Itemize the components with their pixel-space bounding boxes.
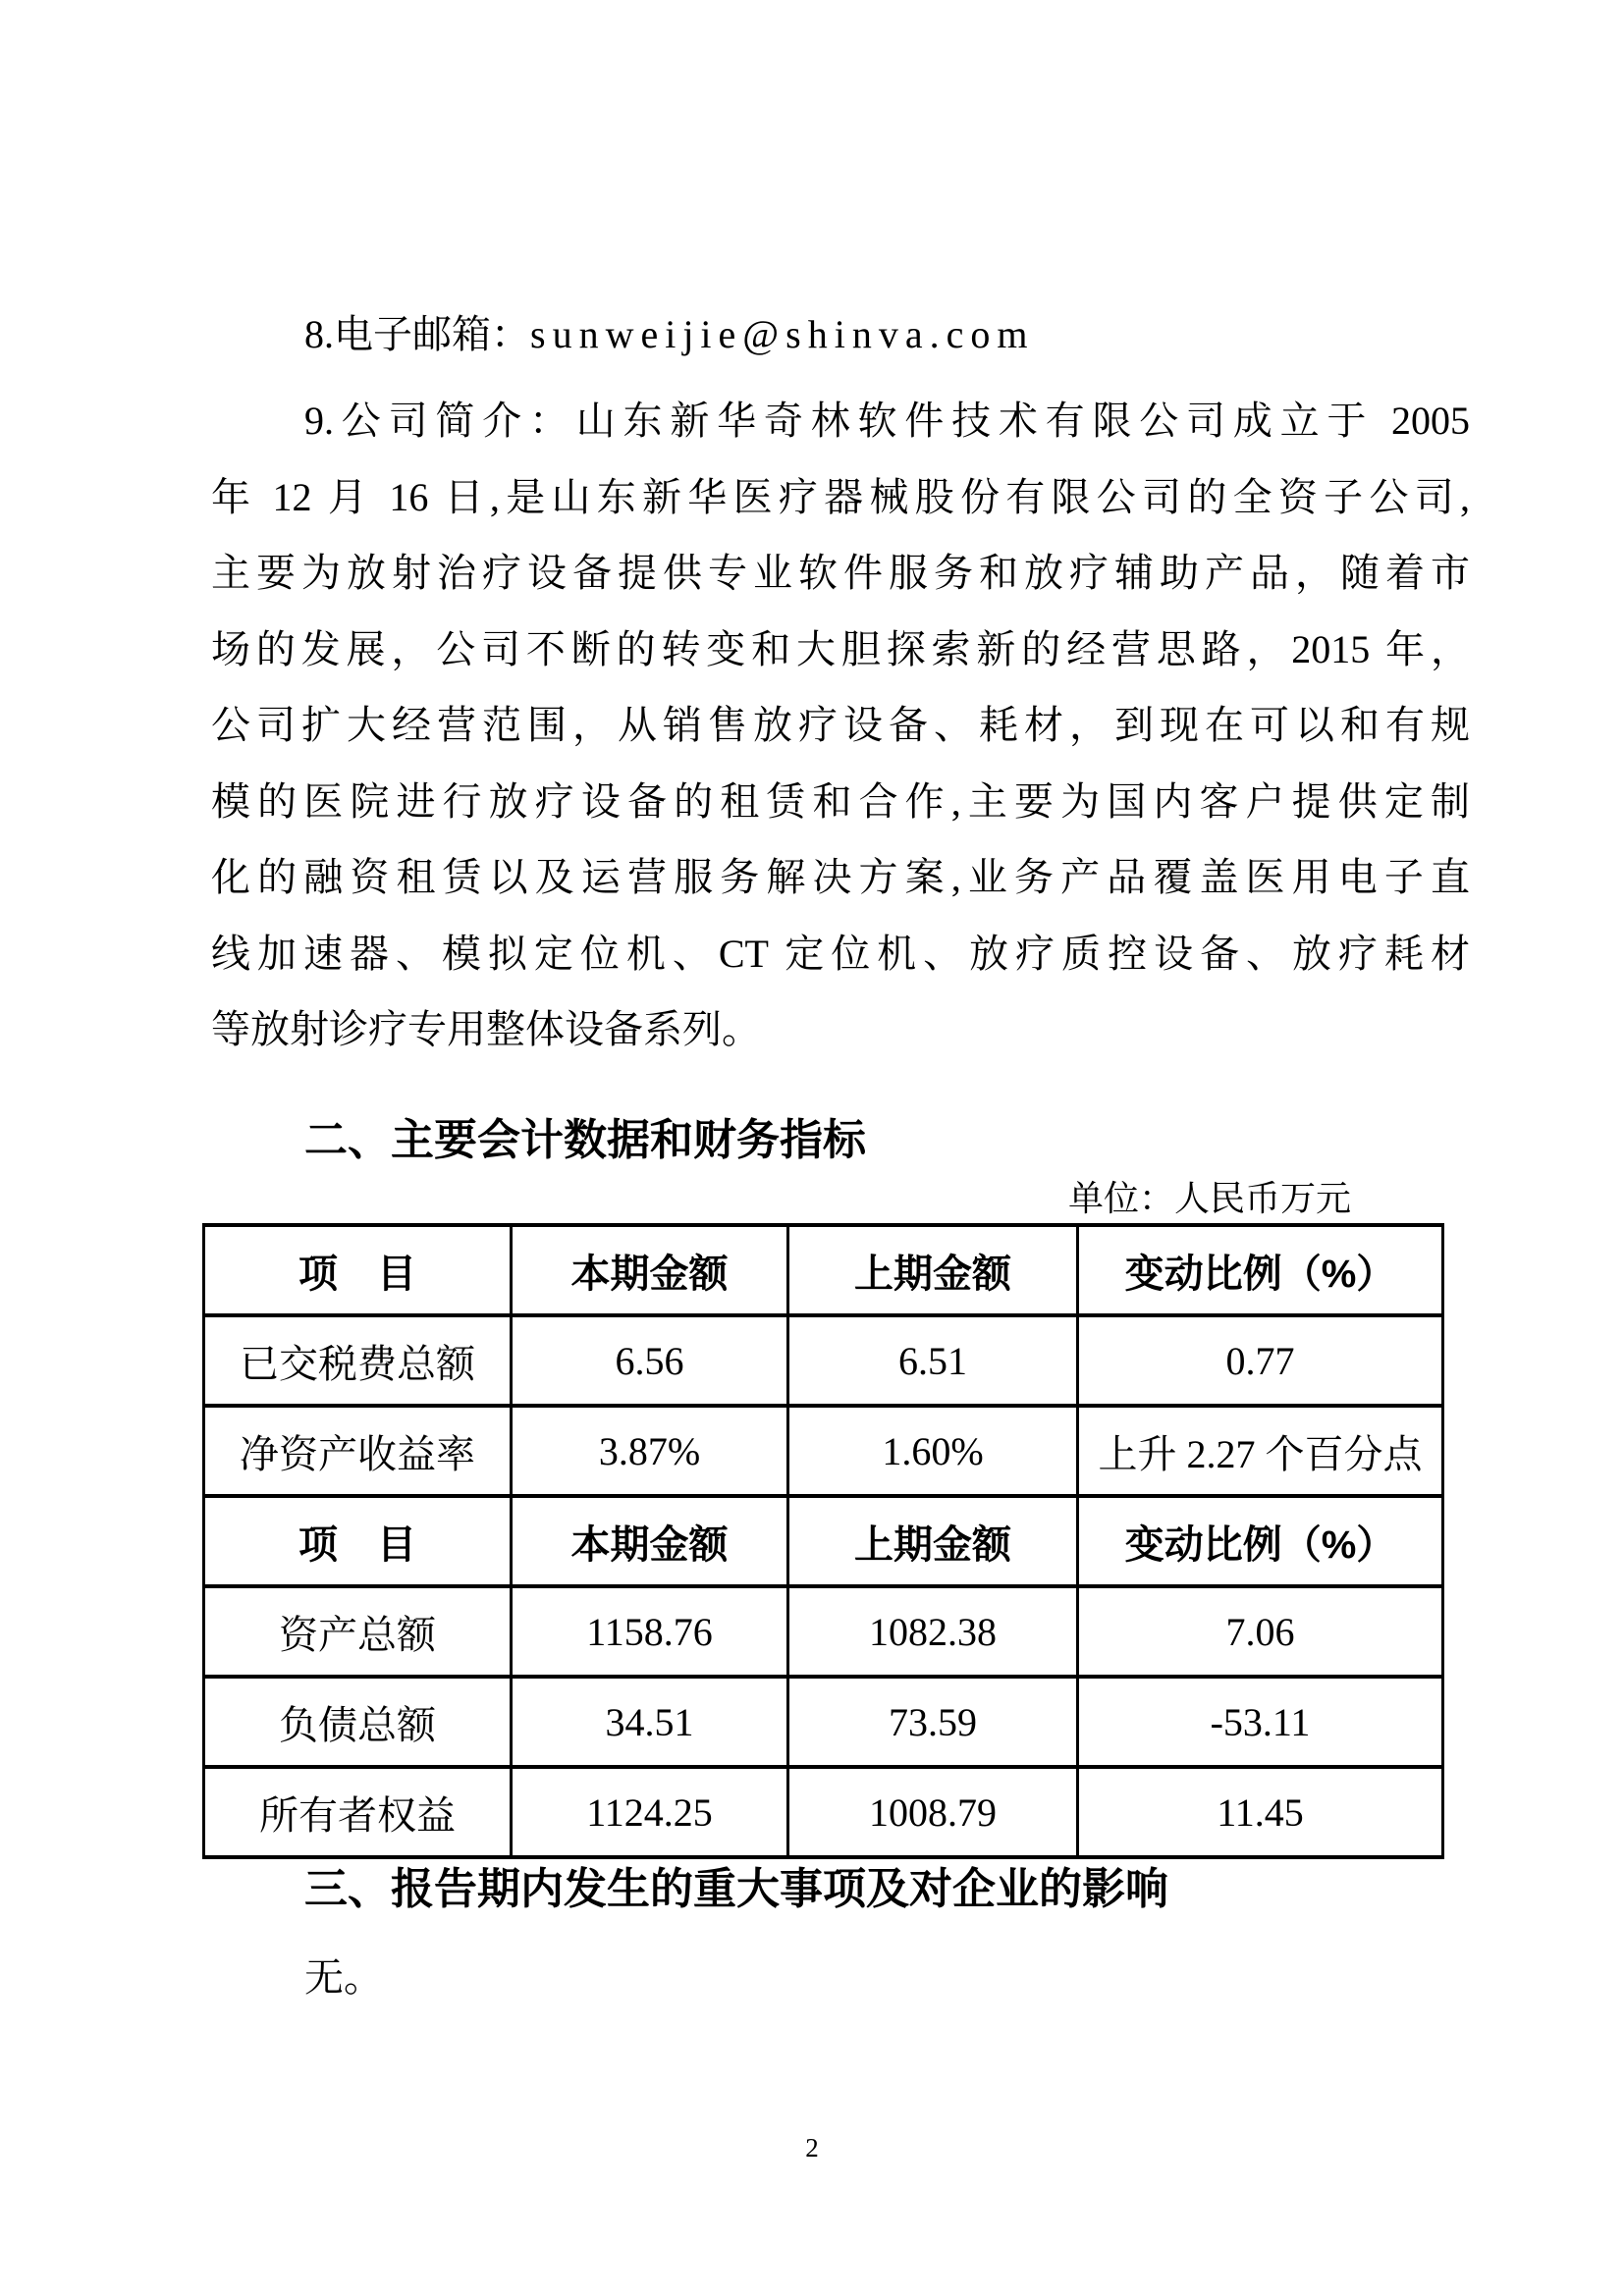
table-row: 所有者权益 1124.25 1008.79 11.45 — [204, 1767, 1443, 1857]
table-cell: 1124.25 — [512, 1767, 788, 1857]
intro-line: 等放射诊疗专用整体设备系列。 — [211, 991, 1470, 1068]
table-cell: -53.11 — [1078, 1677, 1443, 1767]
table-cell: 上升 2.27 个百分点 — [1078, 1406, 1443, 1496]
table-header-cell: 上期金额 — [788, 1225, 1078, 1315]
table-header-cell: 变动比例（%） — [1078, 1496, 1443, 1586]
table-cell: 负债总额 — [204, 1677, 512, 1767]
table-cell: 0.77 — [1078, 1315, 1443, 1406]
table-cell: 7.06 — [1078, 1586, 1443, 1677]
table-cell: 11.45 — [1078, 1767, 1443, 1857]
table-header-cell: 变动比例（%） — [1078, 1225, 1443, 1315]
table-header-cell: 上期金额 — [788, 1496, 1078, 1586]
company-intro-paragraph: 9.公司简介：山东新华奇林软件技术有限公司成立于 2005 年 12 月 16 … — [211, 383, 1470, 1068]
section-3-heading: 三、报告期内发生的重大事项及对企业的影响 — [304, 1868, 1168, 1911]
section-2-heading: 二、主要会计数据和财务指标 — [304, 1119, 866, 1162]
table-row: 资产总额 1158.76 1082.38 7.06 — [204, 1586, 1443, 1677]
intro-line: 化的融资租赁以及运营服务解决方案,业务产品覆盖医用电子直 — [211, 839, 1470, 916]
table-header-cell: 项 目 — [204, 1496, 512, 1586]
intro-line: 场的发展，公司不断的转变和大胆探索新的经营思路，2015 年， — [211, 612, 1470, 688]
intro-line: 9.公司简介：山东新华奇林软件技术有限公司成立于 2005 — [211, 383, 1470, 459]
table-header-cell: 本期金额 — [512, 1225, 788, 1315]
table-cell: 1082.38 — [788, 1586, 1078, 1677]
table-cell: 资产总额 — [204, 1586, 512, 1677]
table-cell: 6.56 — [512, 1315, 788, 1406]
financial-table: 项 目 本期金额 上期金额 变动比例（%） 已交税费总额 6.56 6.51 0… — [202, 1223, 1444, 1859]
table-row: 净资产收益率 3.87% 1.60% 上升 2.27 个百分点 — [204, 1406, 1443, 1496]
email-label: 8.电子邮箱： — [304, 312, 530, 356]
table-cell: 1.60% — [788, 1406, 1078, 1496]
table-cell: 1008.79 — [788, 1767, 1078, 1857]
table-cell: 已交税费总额 — [204, 1315, 512, 1406]
table-row: 已交税费总额 6.56 6.51 0.77 — [204, 1315, 1443, 1406]
email-address: sunweijie@shinva.com — [530, 312, 1034, 356]
unit-note: 单位：人民币万元 — [1068, 1180, 1351, 1219]
table-header-row: 项 目 本期金额 上期金额 变动比例（%） — [204, 1496, 1443, 1586]
intro-line: 公司扩大经营范围，从销售放疗设备、耗材，到现在可以和有规 — [211, 687, 1470, 764]
table-cell: 73.59 — [788, 1677, 1078, 1767]
table-cell: 1158.76 — [512, 1586, 788, 1677]
table-row: 负债总额 34.51 73.59 -53.11 — [204, 1677, 1443, 1767]
intro-line: 模的医院进行放疗设备的租赁和合作,主要为国内客户提供定制 — [211, 764, 1470, 840]
table-cell: 3.87% — [512, 1406, 788, 1496]
table-cell: 34.51 — [512, 1677, 788, 1767]
page-number: 2 — [0, 2132, 1624, 2163]
document-page: 8.电子邮箱：sunweijie@shinva.com 9.公司简介：山东新华奇… — [0, 0, 1624, 2296]
table-header-row: 项 目 本期金额 上期金额 变动比例（%） — [204, 1225, 1443, 1315]
intro-line: 线加速器、模拟定位机、CT 定位机、放疗质控设备、放疗耗材 — [211, 916, 1470, 992]
table-header-cell: 本期金额 — [512, 1496, 788, 1586]
table-cell: 所有者权益 — [204, 1767, 512, 1857]
intro-line: 主要为放射治疗设备提供专业软件服务和放疗辅助产品，随着市 — [211, 535, 1470, 612]
table-cell: 6.51 — [788, 1315, 1078, 1406]
email-line: 8.电子邮箱：sunweijie@shinva.com — [211, 296, 1470, 373]
section-3-body: 无。 — [304, 1956, 383, 2000]
table-header-cell: 项 目 — [204, 1225, 512, 1315]
intro-line: 年 12 月 16 日,是山东新华医疗器械股份有限公司的全资子公司, — [211, 459, 1470, 536]
table-cell: 净资产收益率 — [204, 1406, 512, 1496]
